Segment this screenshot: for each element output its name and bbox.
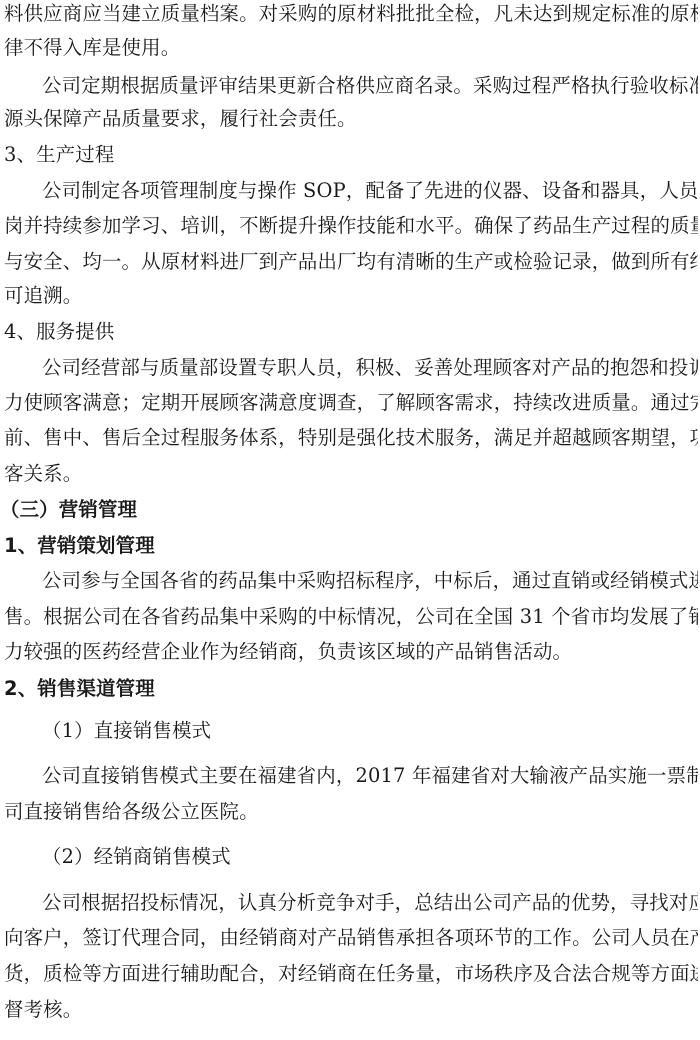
paragraph-line: 督考核。 bbox=[4, 997, 698, 1023]
paragraph-line: 售。根据公司在各省药品集中采购的中标情况，公司在全国 31 个省市均发展了销售能 bbox=[4, 604, 698, 630]
section-heading-service: 4、服务提供 bbox=[4, 319, 698, 345]
paragraph-line: 力较强的医药经营企业作为经销商，负责该区域的产品销售活动。 bbox=[4, 639, 698, 665]
paragraph-line: 司直接销售给各级公立医院。 bbox=[4, 799, 698, 825]
paragraph-line: 律不得入库是使用。 bbox=[4, 35, 698, 61]
paragraph-line: 岗并持续参加学习、培训，不断提升操作技能和水平。确保了药品生产过程的质量稳定 bbox=[4, 213, 698, 239]
section-heading-marketing: （三）营销管理 bbox=[0, 497, 698, 523]
paragraph-line: 料供应商应当建立质量档案。对采购的原材料批批全检，凡未达到规定标准的原材料一 bbox=[4, 1, 698, 27]
paragraph-line: 与安全、均一。从原材料进厂到产品出厂均有清晰的生产或检验记录，做到所有结果的 bbox=[4, 249, 698, 275]
section-heading-production: 3、生产过程 bbox=[4, 142, 698, 168]
paragraph-line: 向客户，签订代理合同，由经销商对产品销售承担各项环节的工作。公司人员在产品发 bbox=[4, 925, 698, 951]
paragraph-line: 力使顾客满意；定期开展顾客满意度调查，了解顾客需求，持续改进质量。通过完善售 bbox=[4, 390, 698, 416]
section-heading-sales-channel: 2、销售渠道管理 bbox=[4, 676, 698, 702]
subheading-direct-sales: （1）直接销售模式 bbox=[42, 718, 698, 744]
paragraph-line: 源头保障产品质量要求，履行社会责任。 bbox=[4, 106, 698, 132]
paragraph-line: 公司参与全国各省的药品集中采购招标程序，中标后，通过直销或经销模式进行销 bbox=[42, 568, 698, 594]
paragraph-line: 前、售中、售后全过程服务体系，特别是强化技术服务，满足并超越顾客期望，巩固顾 bbox=[4, 425, 698, 451]
paragraph-line: 客关系。 bbox=[4, 461, 698, 487]
paragraph-line: 公司经营部与质量部设置专职人员，积极、妥善处理顾客对产品的抱怨和投诉，努 bbox=[42, 355, 698, 381]
paragraph-line: 公司直接销售模式主要在福建省内，2017 年福建省对大输液产品实施一票制，即公 bbox=[42, 763, 698, 789]
subheading-distributor-sales: （2）经销商销售模式 bbox=[42, 844, 698, 870]
paragraph-line: 货，质检等方面进行辅助配合，对经销商在任务量，市场秩序及合法合规等方面进行监 bbox=[4, 961, 698, 987]
section-heading-marketing-planning: 1、营销策划管理 bbox=[4, 533, 698, 559]
paragraph-line: 公司根据招投标情况，认真分析竞争对手，总结出公司产品的优势，寻找对应的意 bbox=[42, 890, 698, 916]
paragraph-line: 公司定期根据质量评审结果更新合格供应商名录。采购过程严格执行验收标准，从 bbox=[42, 73, 698, 99]
paragraph-line: 公司制定各项管理制度与操作 SOP，配备了先进的仪器、设备和器具，人员持证上 bbox=[42, 178, 698, 204]
paragraph-line: 可追溯。 bbox=[4, 283, 698, 309]
